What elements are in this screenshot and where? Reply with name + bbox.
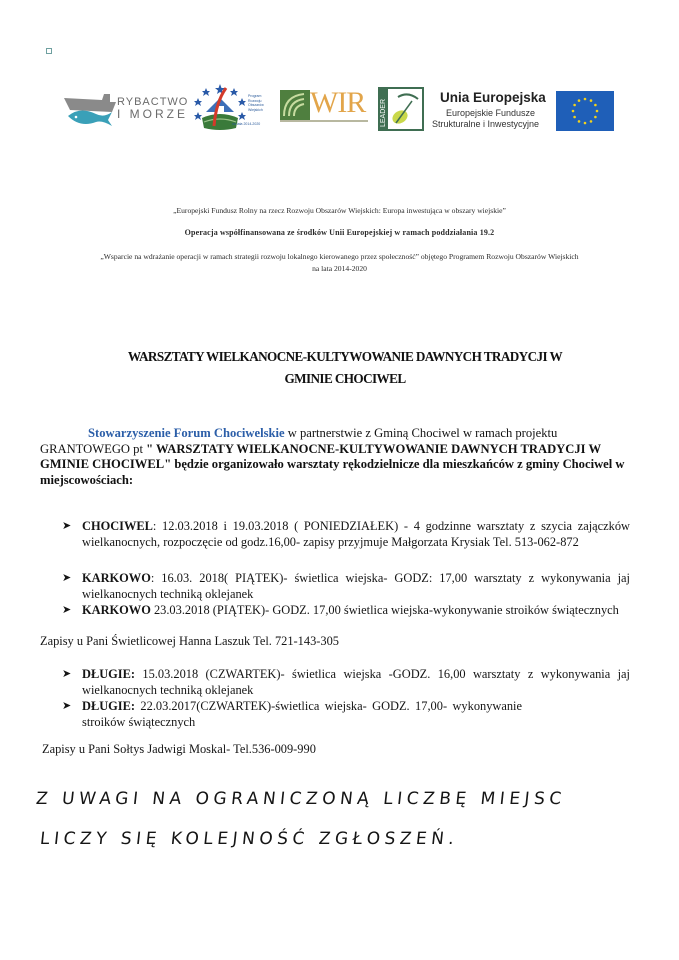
prow-line-1: Program: [248, 94, 264, 99]
eu-subtitle-line1: Europejskie Fundusze: [446, 108, 535, 118]
rybactwo-line2: I MORZE: [117, 108, 188, 120]
workshop-item: ➤ KARKOWO 23.03.2018 (PIĄTEK)- GODZ. 17,…: [62, 602, 630, 618]
funding-line-years: na lata 2014-2020: [0, 264, 679, 273]
wir-underline: [280, 120, 368, 122]
arrow-bullet-icon: ➤: [62, 666, 71, 682]
prow-line-4: Wiejskich: [248, 108, 264, 113]
workshop-place: KARKOWO: [82, 571, 151, 585]
prow-emblem-icon: [192, 82, 248, 134]
workshop-details: : 16.03. 2018( PIĄTEK)- świetlica wiejsk…: [82, 571, 630, 601]
intro-paragraph: Stowarzyszenie Forum Chociwelskie w part…: [40, 426, 630, 488]
title-line1: WARSZTATY WIELKANOCNE-KULTYWOWANIE DAWNY…: [60, 346, 630, 368]
leader-leaf-icon: LEADER: [378, 87, 424, 131]
eu-flag-icon: [556, 91, 614, 131]
leader-logo: LEADER: [378, 87, 424, 131]
rybactwo-logo: RYBACTWO I MORZE: [62, 90, 182, 130]
workshop-item: ➤ CHOCIWEL: 12.03.2018 i 19.03.2018 ( PO…: [62, 518, 630, 550]
prow-line-3: Obszarów: [248, 103, 264, 108]
workshop-details: : 12.03.2018 i 19.03.2018 ( PONIEDZIAŁEK…: [82, 519, 630, 549]
organization-name: Stowarzyszenie Forum Chociwelskie: [88, 426, 285, 440]
workshop-details: 23.03.2018 (PIĄTEK)- GODZ. 17,00 świetli…: [151, 603, 619, 617]
eu-subtitle-line2: Strukturalne i Inwestycyjne: [432, 119, 539, 129]
eu-title: Unia Europejska: [440, 90, 546, 105]
funding-line-operation: Operacja współfinansowana ze środków Uni…: [0, 228, 679, 237]
funding-line-efrrow: „Europejski Fundusz Rolny na rzecz Rozwo…: [0, 206, 679, 215]
workshop-details: 22.03.2017(CZWARTEK)-świetlica wiejska- …: [82, 699, 522, 729]
workshop-place: KARKOWO: [82, 603, 151, 617]
prow-years: na lata 2014-2020: [232, 122, 260, 126]
arrow-bullet-icon: ➤: [62, 570, 71, 586]
scan-mark: [46, 48, 52, 54]
arrow-bullet-icon: ➤: [62, 602, 71, 618]
arrow-bullet-icon: ➤: [62, 518, 71, 534]
dlugie-signup-note: Zapisy u Pani Sołtys Jadwigi Moskal- Tel…: [42, 742, 316, 757]
handwritten-line2: LICZY SIĘ KOLEJNOŚĆ ZGŁOSZEŃ.: [39, 829, 459, 849]
wir-spiral-icon: [280, 90, 310, 120]
funding-line-support: „Wsparcie na wdrażanie operacji w ramach…: [0, 252, 679, 261]
workshop-place: DŁUGIE:: [82, 699, 135, 713]
workshop-details: 15.03.2018 (CZWARTEK)- świetlica wiejska…: [82, 667, 630, 697]
workshop-item: ➤ KARKOWO: 16.03. 2018( PIĄTEK)- świetli…: [62, 570, 630, 602]
arrow-bullet-icon: ➤: [62, 698, 71, 714]
fish-boat-icon: [62, 90, 118, 130]
prow-logo: Program Rozwoju Obszarów Wiejskich na la…: [192, 82, 272, 134]
leader-vertical-text: LEADER: [380, 99, 387, 127]
workshop-place: DŁUGIE:: [82, 667, 135, 681]
document-title: WARSZTATY WIELKANOCNE-KULTYWOWANIE DAWNY…: [60, 346, 630, 390]
title-line2: GMINIE CHOCIWEL: [60, 368, 630, 390]
workshop-item: ➤ DŁUGIE: 15.03.2018 (CZWARTEK)- świetli…: [62, 666, 630, 698]
workshop-item: ➤ DŁUGIE: 22.03.2017(CZWARTEK)-świetlica…: [62, 698, 630, 730]
karkowo-signup-note: Zapisy u Pani Świetlicowej Hanna Laszuk …: [40, 634, 339, 649]
workshop-place: CHOCIWEL: [82, 519, 153, 533]
handwritten-line1: Z UWAGI NA OGRANICZONĄ LICZBĘ MIEJSC: [35, 789, 567, 809]
wir-logo: WIR: [280, 88, 370, 130]
wir-text: WIR: [310, 86, 365, 120]
